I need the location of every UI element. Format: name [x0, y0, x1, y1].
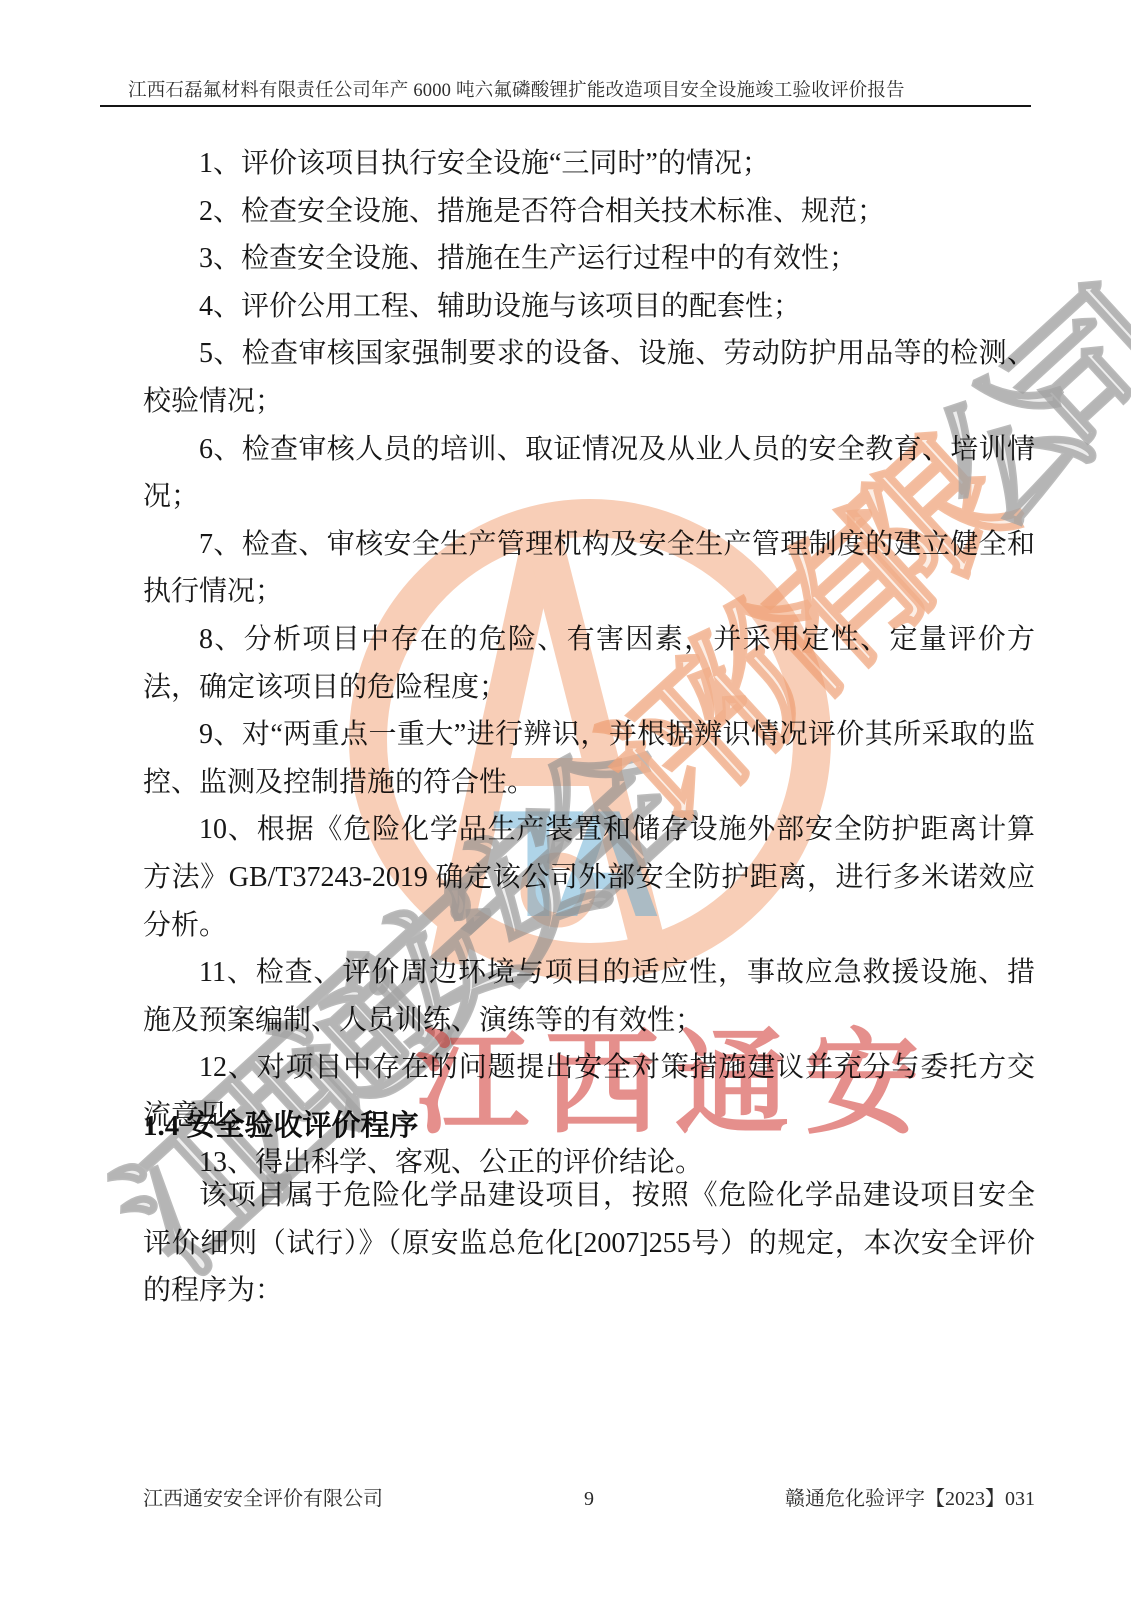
section-heading: 1.4 安全验收评价程序 [143, 1103, 1035, 1151]
footer-doc-number: 赣通危化验评字【2023】031 [594, 1482, 1035, 1511]
list-item: 11、检查、评价周边环境与项目的适应性，事故应急救援设施、措施及预案编制、人员训… [143, 949, 1035, 1044]
body-text-block: 1、评价该项目执行安全设施“三同时”的情况； 2、检查安全设施、措施是否符合相关… [143, 140, 1035, 1187]
closing-paragraph: 该项目属于危险化学品建设项目，按照《危险化学品建设项目安全评价细则（试行）》（原… [143, 1172, 1035, 1315]
list-item: 7、检查、审核安全生产管理机构及安全生产管理制度的建立健全和执行情况； [143, 521, 1035, 616]
list-item: 2、检查安全设施、措施是否符合相关技术标准、规范； [143, 188, 1035, 236]
list-item: 4、评价公用工程、辅助设施与该项目的配套性； [143, 283, 1035, 331]
page-footer: 江西通安安全评价有限公司 9 赣通危化验评字【2023】031 [143, 1482, 1035, 1511]
list-item: 10、根据《危险化学品生产装置和储存设施外部安全防护距离计算方法》GB/T372… [143, 806, 1035, 949]
footer-page-number: 9 [584, 1488, 594, 1511]
list-item: 6、检查审核人员的培训、取证情况及从业人员的安全教育、培训情况； [143, 426, 1035, 521]
list-item: 1、评价该项目执行安全设施“三同时”的情况； [143, 140, 1035, 188]
list-item: 5、检查审核国家强制要求的设备、设施、劳动防护用品等的检测、校验情况； [143, 330, 1035, 425]
list-item: 8、分析项目中存在的危险、有害因素，并采用定性、定量评价方法，确定该项目的危险程… [143, 616, 1035, 711]
list-item: 9、对“两重点一重大”进行辨识，并根据辨识情况评价其所采取的监控、监测及控制措施… [143, 711, 1035, 806]
page-header-title: 江西石磊氟材料有限责任公司年产 6000 吨六氟磷酸锂扩能改造项目安全设施竣工验… [128, 76, 1048, 102]
header-divider [100, 105, 1031, 107]
footer-company: 江西通安安全评价有限公司 [143, 1482, 584, 1511]
list-item: 3、检查安全设施、措施在生产运行过程中的有效性； [143, 235, 1035, 283]
document-page: 江西石磊氟材料有限责任公司年产 6000 吨六氟磷酸锂扩能改造项目安全设施竣工验… [0, 0, 1131, 1600]
